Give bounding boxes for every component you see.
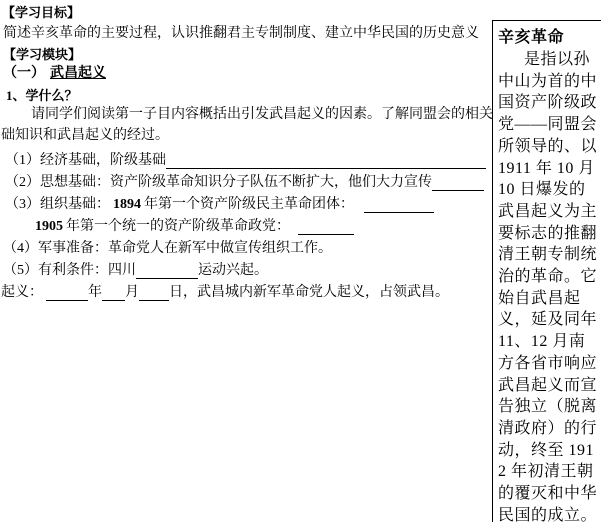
year-1894: 1894	[113, 197, 141, 212]
blank-month	[102, 285, 125, 301]
item-favorable-condition-suffix: 运动兴起。	[198, 263, 268, 278]
objective-text: 简述辛亥革命的主要过程，认识推翻君主专制制度、建立中华民国的历史意义	[3, 25, 479, 42]
worksheet-page: 【学习目标】 简述辛亥革命的主要过程，认识推翻君主专制制度、建立中华民国的历史意…	[0, 0, 601, 522]
uprising-line: 起义：年月日，武昌城内新军革命党人起义，占领武昌。	[1, 284, 449, 301]
item-organizational-basis: （3）组织基础：1894年第一个资产阶级民主革命团体：	[5, 196, 434, 213]
uprising-month-unit: 月	[125, 285, 139, 300]
item-military-preparation: （4）军事准备：革命党人在新军中做宣传组织工作。	[3, 240, 332, 257]
item-favorable-condition: （5）有利条件：四川运动兴起。	[3, 262, 268, 279]
item-organizational-basis-2-text: 年第一个统一的资产阶级革命政党：	[66, 219, 290, 234]
blank-party-1905	[298, 219, 354, 235]
blank-day	[139, 285, 169, 301]
objective-header: 【学习目标】	[2, 4, 80, 21]
intro-line-1: 请同学们阅读第一子目内容概括出引发武昌起义的因素。了解同盟会的相关	[31, 106, 493, 123]
uprising-suffix: 日，武昌城内新军革命党人起义，占领武昌。	[169, 285, 449, 300]
item-favorable-condition-label: （5）有利条件：四川	[3, 263, 136, 278]
blank-economic-basis	[166, 153, 486, 169]
item-organizational-basis-label: （3）组织基础：	[5, 197, 110, 212]
item-economic-basis: （1）经济基础，阶级基础	[5, 152, 486, 169]
module-header: 【学习模块】	[3, 46, 81, 63]
intro-line-2: 础知识和武昌起义的经过。	[1, 127, 169, 144]
item-ideological-basis: （2）思想基础：资产阶级革命知识分子队伍不断扩大，他们大力宣传	[5, 174, 484, 191]
blank-sichuan-movement	[136, 263, 198, 279]
sidebar-title: 辛亥革命	[498, 27, 601, 49]
blank-year	[46, 285, 88, 301]
section-number: （一）	[3, 66, 45, 81]
item-ideological-basis-label: （2）思想基础：资产阶级革命知识分子队伍不断扩大，他们大力宣传	[5, 175, 432, 190]
item-organizational-basis-text: 年第一个资产阶级民主革命团体：	[144, 197, 354, 212]
item-economic-basis-label: （1）经济基础，阶级基础	[5, 153, 166, 168]
uprising-year-unit: 年	[88, 285, 102, 300]
blank-propaganda	[432, 175, 484, 191]
sidebar-note-box: 辛亥革命 是指以孙中山为首的中国资产阶级政党——同盟会所领导的、以 1911 年…	[492, 20, 601, 522]
subheading-question: 1、学什么？	[6, 87, 78, 104]
section-title: 武昌起义	[50, 66, 106, 81]
sidebar-body: 是指以孙中山为首的中国资产阶级政党——同盟会所领导的、以 1911 年 10 月…	[498, 49, 600, 522]
blank-organization-1894	[364, 197, 434, 213]
year-1905: 1905	[35, 219, 63, 234]
item-organizational-basis-2: 1905年第一个统一的资产阶级革命政党：	[35, 218, 354, 235]
section-heading: （一）武昌起义	[3, 65, 106, 82]
uprising-label: 起义：	[1, 285, 43, 300]
